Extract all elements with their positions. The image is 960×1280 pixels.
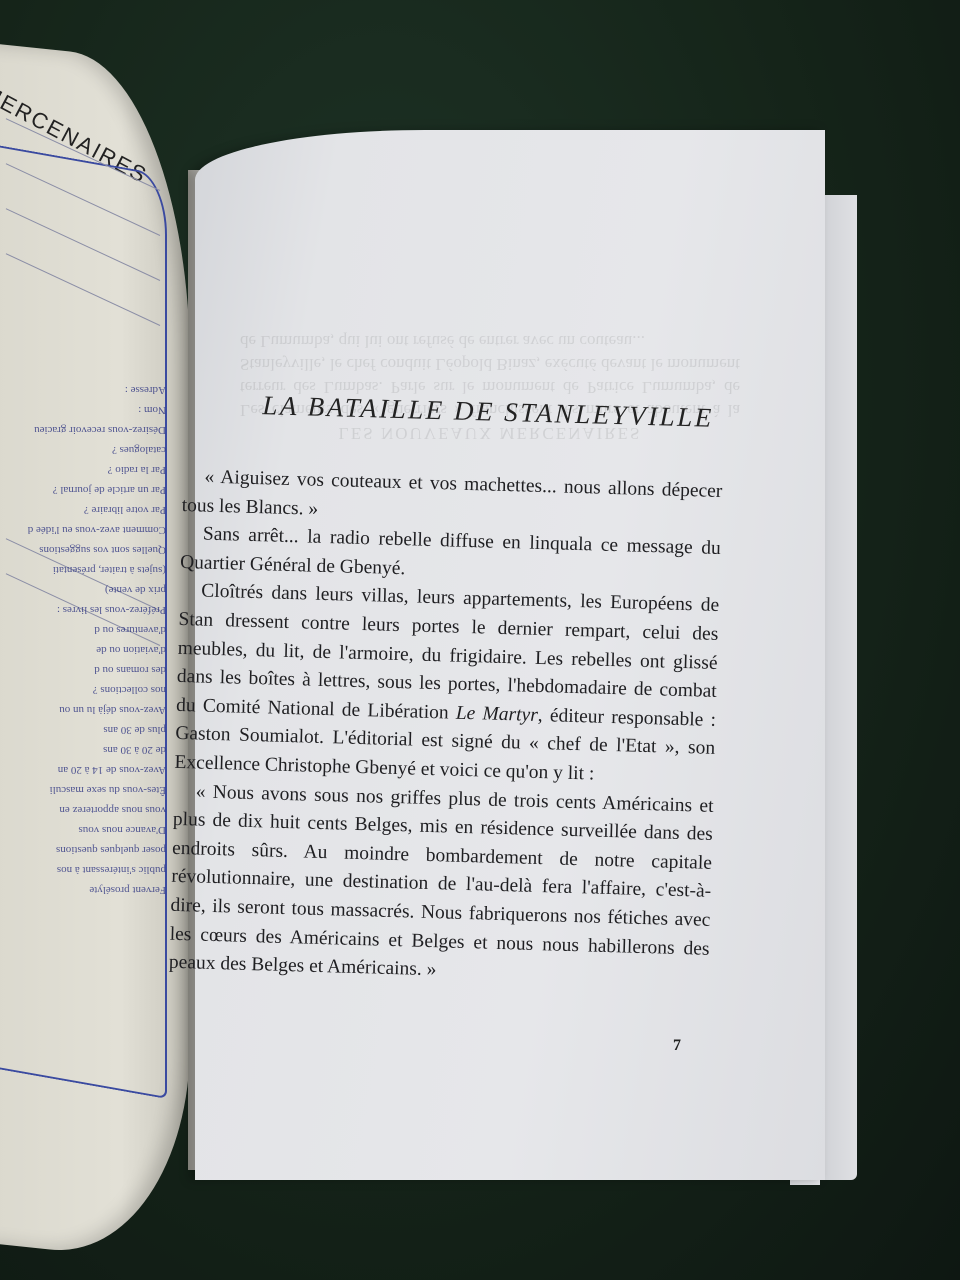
form-line-text: vous nous apporterez en [16,800,166,820]
form-line-text: Préférez-vous les livres : [16,600,166,620]
page-number: 7 [673,1037,681,1055]
paragraph: Cloîtrés dans leurs villas, leurs appart… [174,577,719,792]
form-line-text: Par un article de journal ? [16,480,166,500]
photo-scene: MERCENAIRES Fervent prosélyte public s'i… [0,0,960,1280]
form-line-text: Par la radio ? [16,460,166,480]
newspaper-title: Le Martyr [456,702,539,725]
form-line-text: catalogues ? [16,440,166,460]
form-line-text: Désirez-vous recevoir gracieu [16,420,166,440]
paragraph-text: Cloîtrés dans leurs villas, leurs appart… [176,581,720,724]
form-line-text: prix de vente) [16,580,166,600]
form-line-text: Adresse : [16,380,166,400]
form-line-text: des romans ou d [16,660,166,680]
form-line-text: nos collections ? [16,680,166,700]
form-line-text: Fervent prosélyte [16,880,166,900]
form-line-text: Avez-vous déjà lu un ou [16,700,166,720]
form-line-text: Avez-vous de 14 à 20 an [16,760,166,780]
form-line-text: Quelles sont vos suggestions [16,540,166,560]
form-line-text: poser quelques questions [16,840,166,860]
form-line-text: d'aviation ou de [16,640,166,660]
form-line-text: (sujets à traiter, présentati [16,560,166,580]
form-line-text: Nom : [16,400,166,420]
form-rule [6,208,160,281]
chapter-body: LA BATAILLE DE STANLEYVILLE « Aiguisez v… [169,388,725,993]
form-line-text: D'avance nous vous [16,820,166,840]
form-line-text: de 20 à 30 ans [16,740,166,760]
quoted-paragraph: « Nous avons sous nos griffes plus de tr… [169,777,714,992]
form-line-text: Êtes-vous du sexe masculi [16,780,166,800]
form-line-text: Comment avez-vous eu l'idée d [16,520,166,540]
form-line-text: d'aventures ou d [16,620,166,640]
questionnaire-text-upside-down: Fervent prosélyte public s'intéressant à… [16,380,166,900]
form-line-text: public s'intéressant à nos [16,860,166,880]
form-rule [6,253,160,326]
form-line-text: plus de 30 ans [16,720,166,740]
form-line-text: Par votre libraire ? [16,500,166,520]
